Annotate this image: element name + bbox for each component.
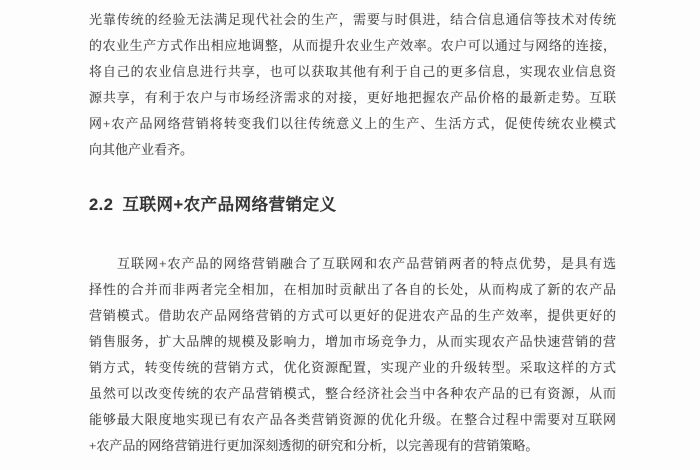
text-line: 源共享，有利于农户与市场经济需求的对接，更好地把握农产品价格的最新走势。互联 <box>89 85 616 111</box>
text-line: 销方式，转变传统的营销方式，优化资源配置，实现产业的升级转型。采取这样的方式 <box>89 355 616 381</box>
text-line: 虽然可以改变传统的农产品营销模式，整合经济社会当中各种农产品的已有资源，从而 <box>89 381 616 407</box>
section-heading: 2.2互联网+农产品网络营销定义 <box>89 192 616 218</box>
section-title: 互联网+农产品网络营销定义 <box>122 196 336 214</box>
text-line: 销售服务，扩大品牌的规模及影响力，增加市场竞争力，从而实现农产品快速营销的营 <box>89 329 616 355</box>
paper-page: 光靠传统的经验无法满足现代社会的生产，需要与时俱进，结合信息通信等技术对传统的农… <box>0 0 700 470</box>
text-column: 光靠传统的经验无法满足现代社会的生产，需要与时俱进，结合信息通信等技术对传统的农… <box>89 0 616 459</box>
text-line: 营销模式。借助农产品网络营销的方式可以更好的促进农产品的生产效率，提供更好的 <box>89 303 616 329</box>
text-line: 择性的合并而非两者完全相加，在相加时贡献出了各自的长处，从而构成了新的农产品 <box>89 277 616 303</box>
text-line: 向其他产业看齐。 <box>89 137 616 163</box>
text-line: 的农业生产方式作出相应地调整，从而提升农业生产效率。农户可以通过与网络的连接， <box>89 33 616 59</box>
text-line: 能够最大限度地实现已有农产品各类营销资源的优化升级。在整合过程中需要对互联网 <box>89 407 616 433</box>
text-line: 互联网+农产品的网络营销融合了互联网和农产品营销两者的特点优势，是具有选 <box>89 251 616 277</box>
text-line: 光靠传统的经验无法满足现代社会的生产，需要与时俱进，结合信息通信等技术对传统 <box>89 7 616 33</box>
text-line: 网+农产品网络营销将转变我们以往传统意义上的生产、生活方式，促使传统农业模式 <box>89 111 616 137</box>
section-number: 2.2 <box>89 196 113 214</box>
text-line: 将自己的农业信息进行共享，也可以获取其他有利于自己的更多信息，实现农业信息资 <box>89 59 616 85</box>
paragraph-1: 光靠传统的经验无法满足现代社会的生产，需要与时俱进，结合信息通信等技术对传统的农… <box>89 7 616 163</box>
paragraph-2: 互联网+农产品的网络营销融合了互联网和农产品营销两者的特点优势，是具有选择性的合… <box>89 251 616 459</box>
text-line: +农产品的网络营销进行更加深刻透彻的研究和分析，以完善现有的营销策略。 <box>89 433 616 459</box>
